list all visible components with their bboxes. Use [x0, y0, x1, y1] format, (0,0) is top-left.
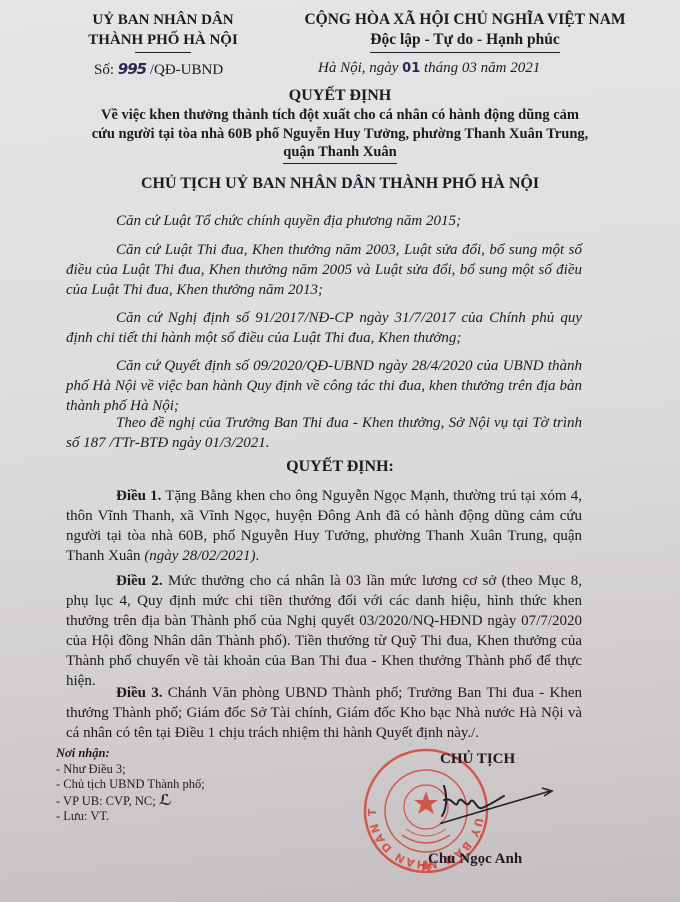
- article-2-label: Điều 2.: [116, 573, 163, 589]
- handwritten-number: 995: [118, 60, 146, 78]
- legal-basis-4: Căn cứ Quyết định số 09/2020/QĐ-UBND ngà…: [66, 356, 582, 416]
- national-motto-header: CỘNG HÒA XÃ HỘI CHỦ NGHĨA VIỆT NAM Độc l…: [280, 10, 650, 53]
- document-subject: Về việc khen thưởng thành tích đột xuất …: [40, 106, 640, 164]
- signer-title: CHỦ TỊCH: [440, 751, 515, 768]
- agency-underline: [135, 52, 191, 53]
- legal-basis-1: Căn cứ Luật Tổ chức chính quyền địa phươ…: [66, 211, 582, 231]
- motto-underline: [370, 52, 560, 53]
- handwritten-day: 01: [402, 61, 420, 76]
- recipient-item: - VP UB: CVP, NC; ℒ: [56, 793, 205, 810]
- agency-line-2: THÀNH PHỐ HÀ NỘI: [88, 30, 238, 50]
- article-3: Điều 3. Chánh Văn phòng UBND Thành phố; …: [66, 683, 582, 743]
- handwritten-mark: ℒ: [159, 791, 172, 809]
- article-2: Điều 2. Mức thưởng cho cá nhân là 03 lần…: [66, 571, 582, 691]
- article-1-label: Điều 1.: [116, 488, 161, 504]
- document-number: Số: 995 /QĐ-UBND: [94, 60, 223, 79]
- recipient-item: - Chủ tịch UBND Thành phố;: [56, 777, 205, 793]
- recipient-item: - Như Điều 3;: [56, 762, 205, 778]
- issuer-heading: CHỦ TỊCH UỶ BAN NHÂN DÂN THÀNH PHỐ HÀ NỘ…: [0, 175, 680, 193]
- signature-icon: [440, 780, 600, 850]
- agency-line-1: UỶ BAN NHÂN DÂN: [88, 10, 238, 30]
- article-3-label: Điều 3.: [116, 685, 162, 701]
- legal-basis-2: Căn cứ Luật Thi đua, Khen thưởng năm 200…: [66, 240, 582, 300]
- recipient-item: - Lưu: VT.: [56, 809, 205, 825]
- decision-heading: QUYẾT ĐỊNH:: [0, 458, 680, 476]
- national-title: CỘNG HÒA XÃ HỘI CHỦ NGHĨA VIỆT NAM: [280, 10, 650, 30]
- proposal-basis: Theo đề nghị của Trưởng Ban Thi đua - Kh…: [66, 413, 582, 453]
- article-1: Điều 1. Tặng Bằng khen cho ông Nguyễn Ng…: [66, 486, 582, 566]
- national-motto: Độc lập - Tự do - Hạnh phúc: [280, 30, 650, 50]
- recipients-block: Nơi nhận: - Như Điều 3; - Chủ tịch UBND …: [56, 746, 205, 825]
- issuing-agency-header: UỶ BAN NHÂN DÂN THÀNH PHỐ HÀ NỘI: [88, 10, 238, 53]
- decision-document: UỶ BAN NHÂN DÂN THÀNH PHỐ HÀ NỘI CỘNG HÒ…: [0, 0, 680, 902]
- document-title: QUYẾT ĐỊNH: [0, 87, 680, 105]
- recipients-heading: Nơi nhận:: [56, 746, 205, 762]
- issue-date: Hà Nội, ngày 01 tháng 03 năm 2021: [318, 60, 540, 77]
- signer-name: Chu Ngọc Anh: [428, 851, 522, 868]
- legal-basis-3: Căn cứ Nghị định số 91/2017/NĐ-CP ngày 3…: [66, 308, 582, 348]
